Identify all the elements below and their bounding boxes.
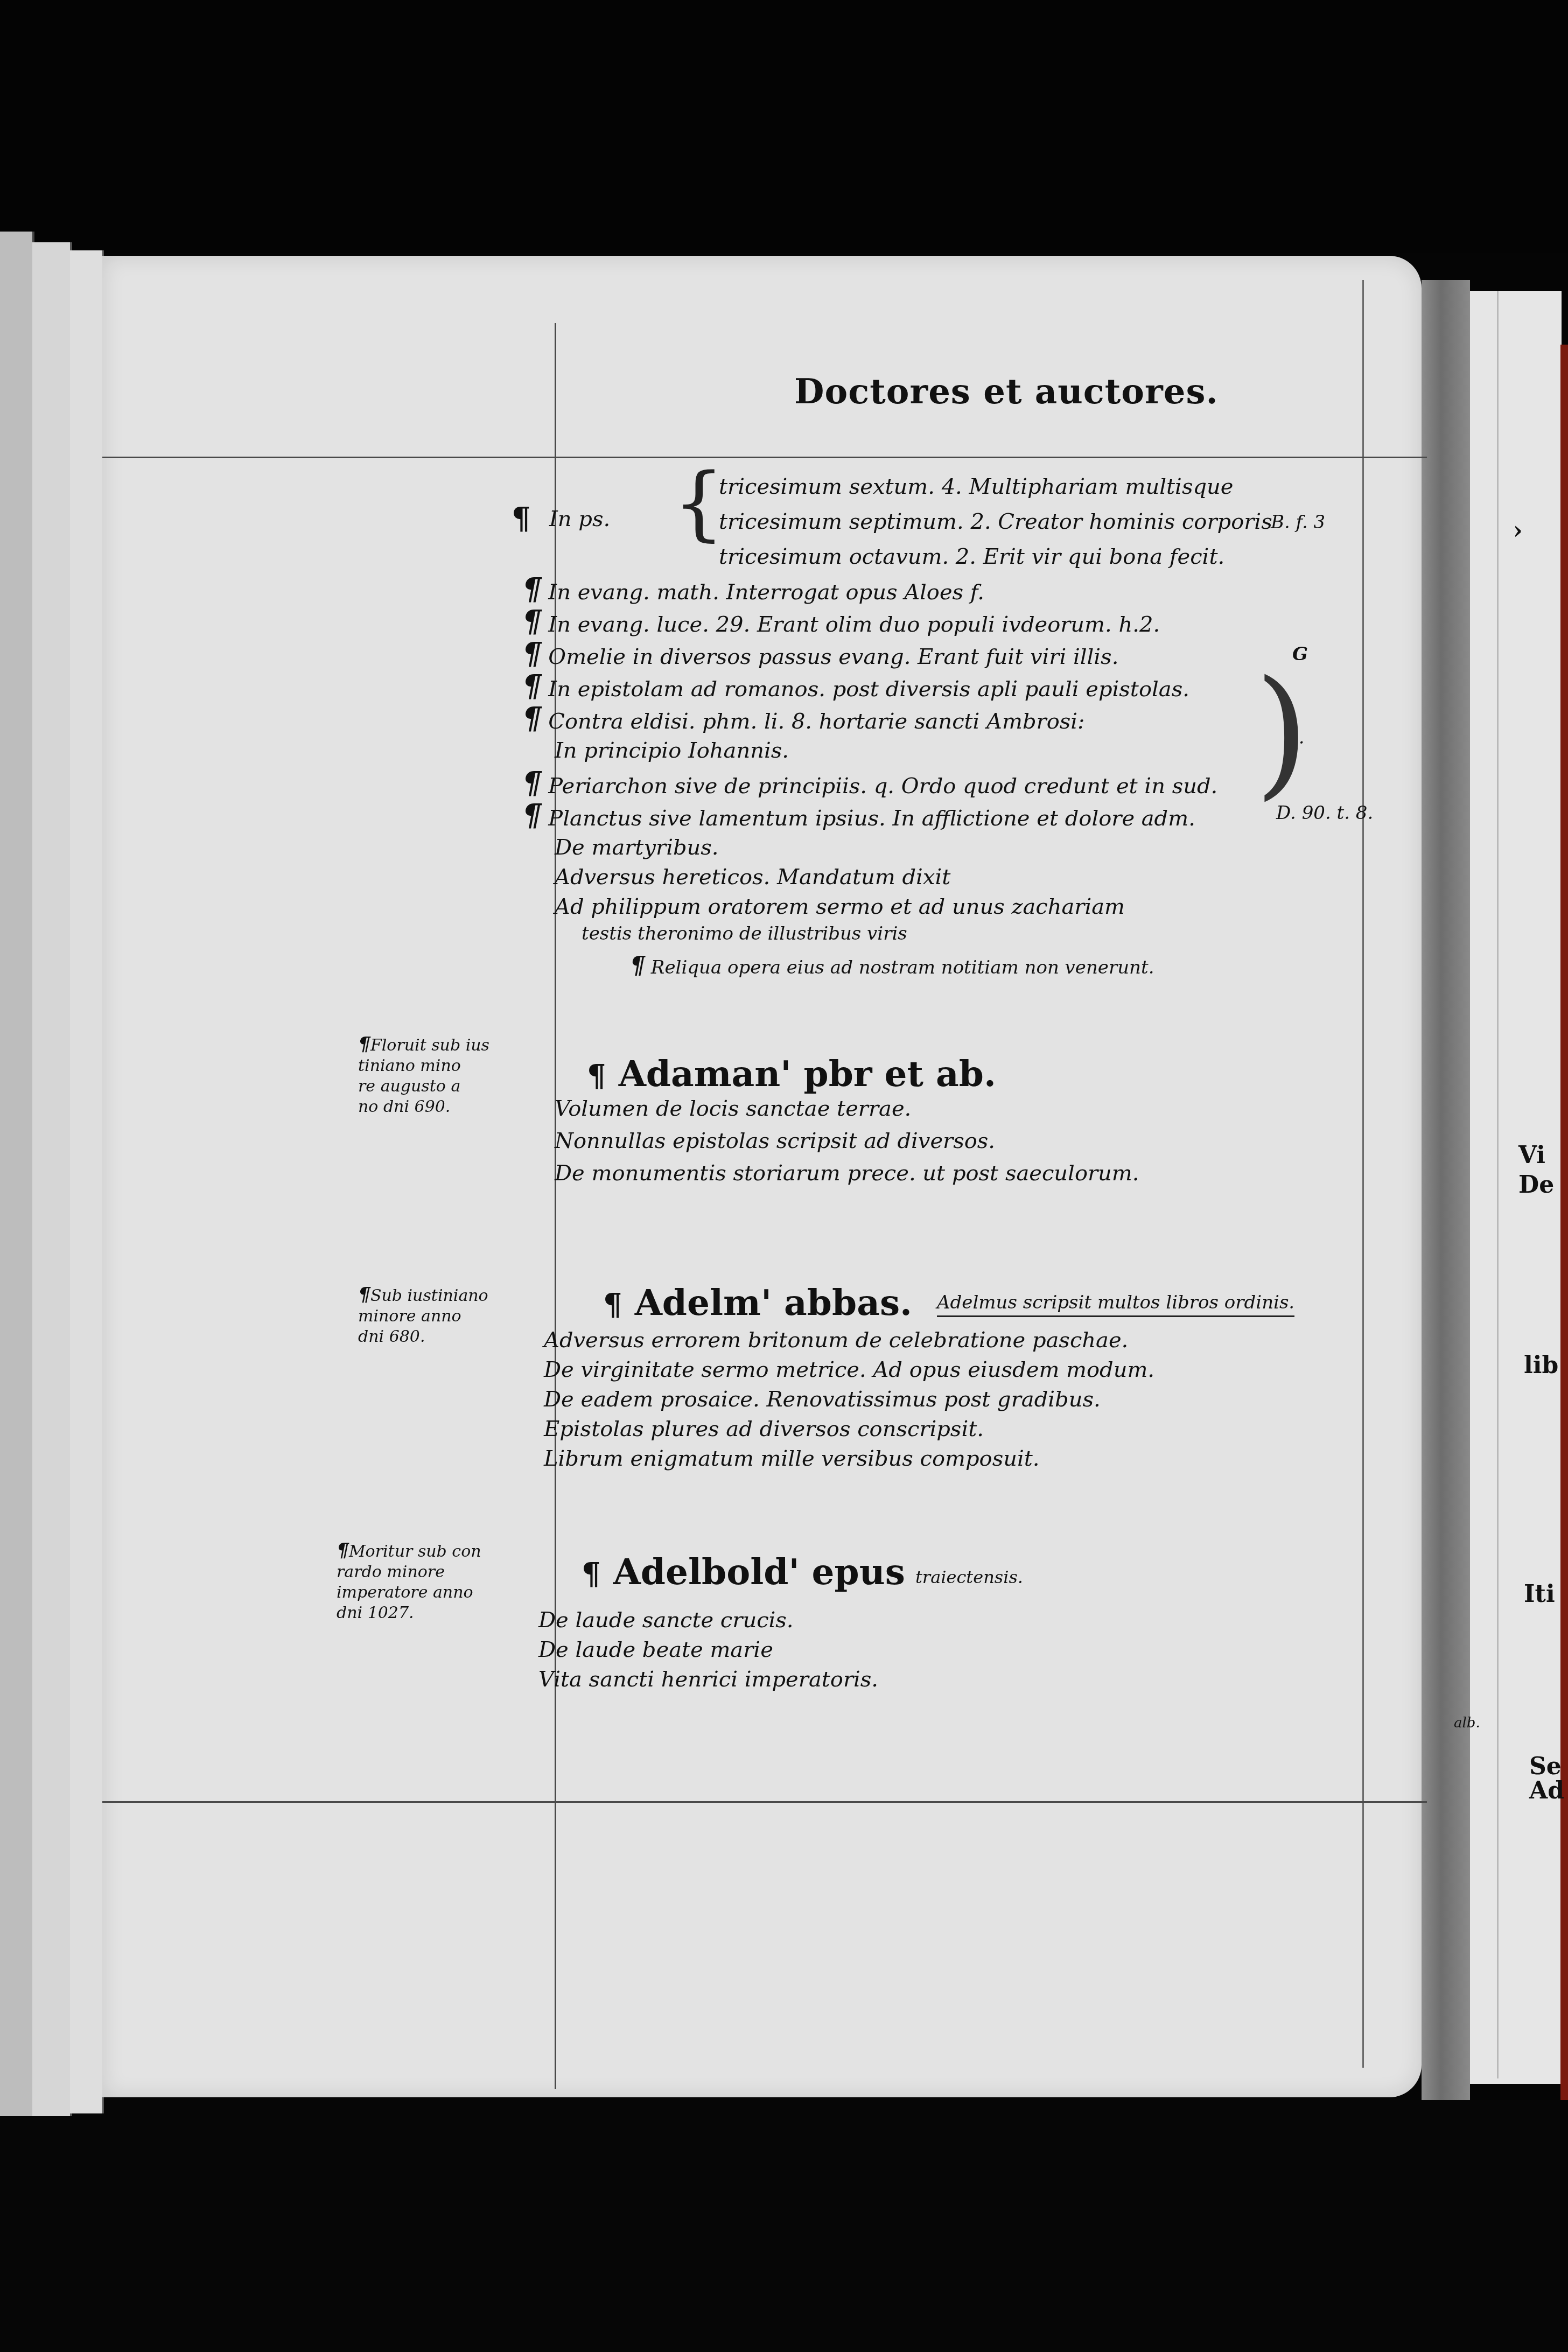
facing-page-ruling xyxy=(1497,291,1499,2078)
facing-page-text: lib xyxy=(1524,1352,1558,1379)
paragraph-mark-icon: ¶ xyxy=(522,571,542,607)
paragraph-mark-icon: ¶ xyxy=(630,952,645,979)
text-line: testis theronimo de illustribus viris xyxy=(582,921,907,947)
text-line: In principio Iohannis. xyxy=(555,738,789,764)
paragraph-mark-icon: ¶ xyxy=(337,1539,349,1562)
book-gutter xyxy=(1422,280,1470,2100)
brace-icon: ) xyxy=(1255,662,1309,802)
entry-title: ¶ Adelm' abbas. xyxy=(603,1282,912,1324)
text-line: Omelie in diversos passus evang. Erant f… xyxy=(548,645,1118,669)
entry-title: ¶ Adelbold' epus xyxy=(582,1551,905,1593)
facing-page-note: alb. xyxy=(1454,1715,1480,1731)
paragraph-mark-icon: ¶ xyxy=(358,1033,370,1055)
entry-work: De laude beate marie xyxy=(538,1637,773,1663)
entry-work: De monumentis storiarum prece. ut post s… xyxy=(555,1160,1139,1186)
text-line: Ad philippum oratorem sermo et ad unus z… xyxy=(555,894,1125,920)
bottom-rule xyxy=(102,1801,1427,1803)
text-line: De martyribus. xyxy=(555,835,719,860)
book-page-edge xyxy=(0,232,34,2116)
paragraph-mark-icon: ¶ xyxy=(587,1058,606,1094)
paragraph-mark-icon: ¶ xyxy=(522,765,542,801)
entry-title-note: traiectensis. xyxy=(915,1564,1023,1590)
margin-ruling-right xyxy=(1362,280,1364,2068)
facing-page-text: Se xyxy=(1529,1753,1562,1780)
entry-work: De laude sancte crucis. xyxy=(538,1607,794,1633)
brace-icon: { xyxy=(673,463,724,544)
facing-page-text: Vi xyxy=(1518,1142,1545,1169)
brace-label: In ps. xyxy=(549,506,610,532)
entry-work: Librum enigmatum mille versibus composui… xyxy=(544,1446,1040,1472)
entry-title: ¶ Adaman' pbr et ab. xyxy=(587,1053,996,1095)
entry-margin-note: ¶Moritur sub con rardo minore imperatore… xyxy=(337,1540,481,1623)
book-page-edge xyxy=(70,250,104,2113)
entry-work: Epistolas plures ad diversos conscripsit… xyxy=(544,1416,984,1442)
paragraph-mark-icon: ¶ xyxy=(603,1287,622,1322)
entry-work: De virginitate sermo metrice. Ad opus ei… xyxy=(544,1357,1154,1383)
paragraph-mark-icon: ¶ xyxy=(522,604,542,639)
text-line: Adversus hereticos. Mandatum dixit xyxy=(555,864,950,890)
brace-line: tricesimum septimum. 2. Creator hominis … xyxy=(719,509,1272,535)
entry-work: Adversus errorem britonum de celebration… xyxy=(544,1327,1128,1353)
brace-line: tricesimum octavum. 2. Erit vir qui bona… xyxy=(719,544,1224,570)
entry-title-note: Adelmus scripsit multos libros ordinis. xyxy=(937,1290,1294,1317)
facing-page-text: › xyxy=(1513,517,1523,544)
facing-page-text: De xyxy=(1518,1171,1554,1199)
paragraph-mark-icon: ¶ xyxy=(522,636,542,671)
dark-background-top xyxy=(0,0,1568,253)
book-edge-red xyxy=(1560,345,1568,2100)
facing-page-text: Iti xyxy=(1524,1580,1555,1608)
entry-work: Vita sancti henrici imperatoris. xyxy=(538,1667,878,1692)
text-line: Contra eldisi. phm. li. 8. hortarie sanc… xyxy=(548,709,1084,734)
text-line: In evang. luce. 29. Erant olim duo popul… xyxy=(548,612,1160,637)
text-line: Periarchon sive de principiis. q. Ordo q… xyxy=(548,774,1217,799)
text-line: In evang. math. Interrogat opus Aloes f. xyxy=(548,580,984,605)
paragraph-mark-icon: ¶ xyxy=(358,1283,370,1306)
entry-margin-note: ¶Sub iustiniano minore anno dni 680. xyxy=(358,1284,488,1347)
dark-background-bottom xyxy=(0,2100,1568,2352)
facing-page-text: Ad xyxy=(1529,1777,1564,1804)
text-line: Planctus sive lamentum ipsius. In afflic… xyxy=(548,806,1195,831)
text-line: In epistolam ad romanos. post diversis a… xyxy=(548,677,1189,702)
top-rule xyxy=(102,457,1427,458)
entry-work: Volumen de locis sanctae terrae. xyxy=(555,1096,911,1122)
margin-reference: B. f. 3 xyxy=(1271,512,1325,533)
text-line: Reliqua opera eius ad nostram notitiam n… xyxy=(651,957,1154,978)
page-title: Doctores et auctores. xyxy=(794,372,1219,412)
paragraph-mark-icon: ¶ xyxy=(522,797,542,833)
paragraph-mark-icon: ¶ xyxy=(582,1556,601,1592)
paragraph-mark-icon: ¶ xyxy=(512,501,531,536)
paragraph-mark-icon: ¶ xyxy=(522,701,542,736)
paragraph-mark-icon: ¶ xyxy=(522,668,542,704)
entry-work: Nonnullas epistolas scripsit ad diversos… xyxy=(555,1128,995,1154)
entry-margin-note: ¶Floruit sub ius tiniano mino re augusto… xyxy=(358,1034,489,1117)
book-page-edge xyxy=(32,242,72,2116)
entry-work: De eadem prosaice. Renovatissimus post g… xyxy=(544,1387,1101,1412)
brace-line: tricesimum sextum. 4. Multiphariam multi… xyxy=(719,474,1233,500)
